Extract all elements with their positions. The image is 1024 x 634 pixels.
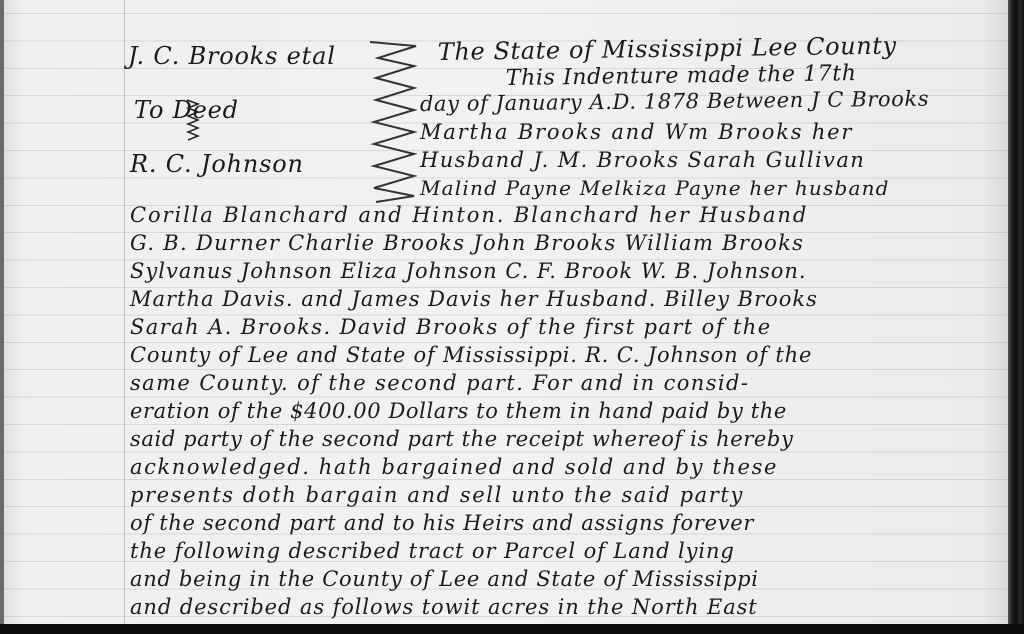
page-bottom-edge — [0, 624, 1024, 634]
ledger-page: J. C. Brooks etal To Deed R. C. Johnson … — [0, 0, 1008, 624]
deed-header-line-2: This Indenture made the 17th — [506, 61, 857, 91]
deed-body-line-1: Corilla Blanchard and Hinton. Blanchard … — [130, 203, 808, 227]
deed-body-line-11: presents doth bargain and sell unto the … — [130, 483, 744, 507]
deed-body-line-8: eration of the $400.00 Dollars to them i… — [130, 399, 787, 423]
deed-body-line-4: Martha Davis. and James Davis her Husban… — [130, 287, 818, 311]
deed-body-line-7: same County. of the second part. For and… — [130, 371, 749, 395]
small-brace-flourish — [186, 98, 200, 144]
margin-rule-line — [124, 0, 125, 624]
deed-header-line-3: day of January A.D. 1878 Between J C Bro… — [420, 87, 930, 116]
bracket-flourish — [368, 36, 420, 204]
margin-grantor: J. C. Brooks etal — [128, 42, 336, 70]
margin-grantee: R. C. Johnson — [130, 150, 304, 178]
deed-body-line-3: Sylvanus Johnson Eliza Johnson C. F. Bro… — [130, 259, 807, 283]
deed-body-line-2: G. B. Durner Charlie Brooks John Brooks … — [130, 231, 804, 255]
deed-header-line-5: Husband J. M. Brooks Sarah Gullivan — [420, 148, 865, 172]
deed-body-line-6: County of Lee and State of Mississippi. … — [130, 343, 812, 367]
deed-body-line-15: and described as follows towit acres in … — [130, 595, 758, 619]
deed-body-line-9: said party of the second part the receip… — [130, 427, 793, 451]
deed-body-line-10: acknowledged. hath bargained and sold an… — [130, 455, 778, 479]
deed-body-line-14: and being in the County of Lee and State… — [130, 567, 759, 591]
deed-header-line-6: Malind Payne Melkiza Payne her husband — [420, 176, 890, 200]
deed-body-line-12: of the second part and to his Heirs and … — [130, 511, 754, 535]
deed-header-line-4: Martha Brooks and Wm Brooks her — [420, 120, 853, 144]
deed-body-line-13: the following described tract or Parcel … — [130, 539, 735, 563]
book-binding-edge — [1008, 0, 1024, 634]
page-left-edge — [0, 0, 4, 624]
deed-body-line-5: Sarah A. Brooks. David Brooks of the fir… — [130, 315, 772, 339]
